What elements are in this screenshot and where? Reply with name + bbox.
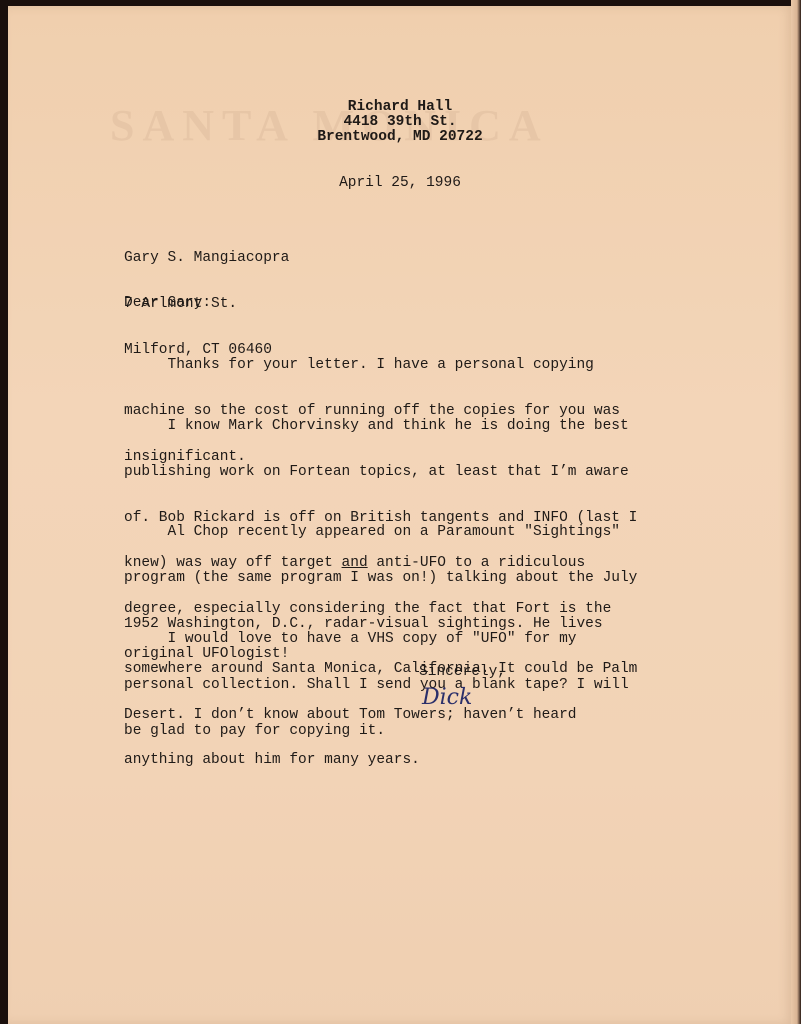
paragraph-line: Thanks for your letter. I have a persona… <box>124 358 620 373</box>
paragraph-4: I would love to have a VHS copy of "UFO"… <box>124 602 629 769</box>
sender-block: Richard Hall 4418 39th St. Brentwood, MD… <box>190 100 610 146</box>
sender-city: Brentwood, MD 20722 <box>190 130 610 145</box>
paragraph-line: personal collection. Shall I send you a … <box>124 678 629 693</box>
salutation: Dear Gary: <box>124 296 211 311</box>
recipient-name: Gary S. Mangiacopra <box>124 251 289 266</box>
sender-name: Richard Hall <box>190 100 610 115</box>
page-edge <box>791 0 801 1024</box>
paragraph-line: I know Mark Chorvinsky and think he is d… <box>124 419 637 434</box>
paragraph-line: be glad to pay for copying it. <box>124 724 629 739</box>
paragraph-line: Al Chop recently appeared on a Paramount… <box>124 525 637 540</box>
sender-street: 4418 39th St. <box>190 115 610 130</box>
paragraph-line: publishing work on Fortean topics, at le… <box>124 465 637 480</box>
paragraph-line: I would love to have a VHS copy of "UFO"… <box>124 632 629 647</box>
closing: Sincerely, <box>419 665 506 680</box>
signature: Dick <box>422 690 472 705</box>
paragraph-line: program (the same program I was on!) tal… <box>124 571 637 586</box>
letter-date: April 25, 1996 <box>190 176 610 191</box>
